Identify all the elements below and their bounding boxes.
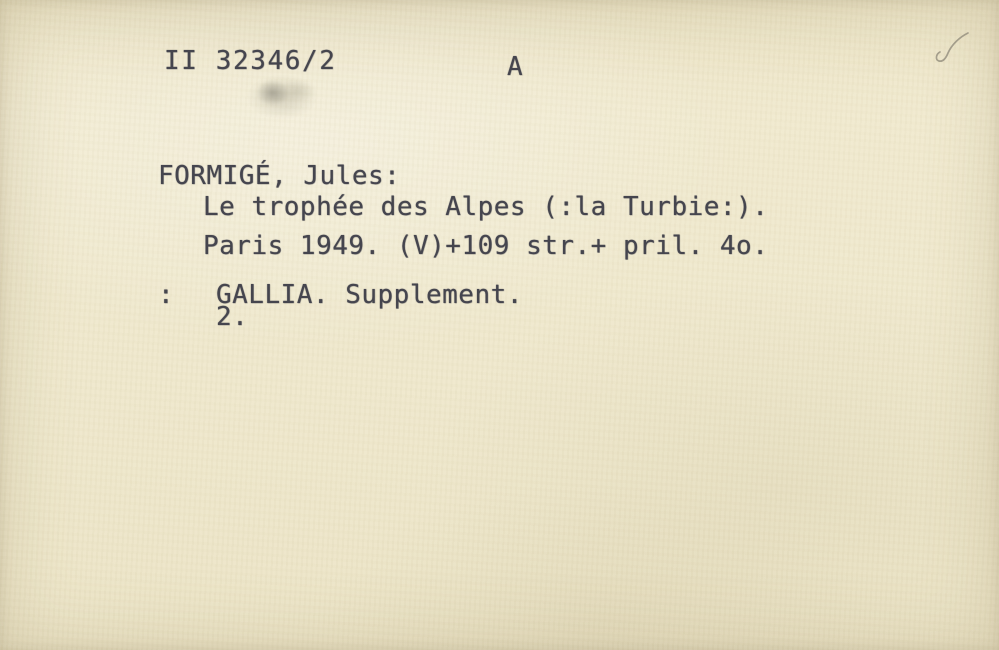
- paper-texture: [0, 0, 999, 650]
- pencil-checkmark-icon: [928, 30, 976, 68]
- section-letter: A: [507, 52, 523, 82]
- ink-smudge: [243, 76, 321, 118]
- catalog-card: II 32346/2 A FORMIGÉ, Jules: Le trophée …: [0, 0, 999, 650]
- series-number: 2.: [216, 302, 248, 332]
- series-name: GALLIA. Supplement.: [216, 280, 523, 310]
- call-number: II 32346/2: [164, 46, 337, 76]
- author-line: FORMIGÉ, Jules:: [158, 161, 400, 191]
- series-marker: :: [158, 280, 174, 310]
- title-line: Le trophée des Alpes (:la Turbie:).: [203, 192, 768, 222]
- imprint-line: Paris 1949. (V)+109 str.+ pril. 4o.: [203, 231, 768, 261]
